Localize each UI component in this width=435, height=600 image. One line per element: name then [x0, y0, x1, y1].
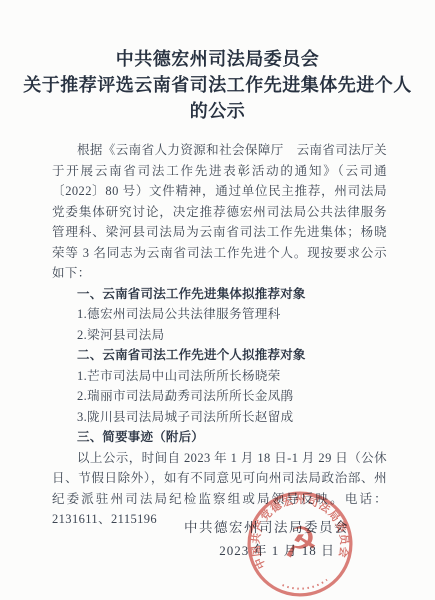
document-title: 中共德宏州司法局委员会 关于推荐评选云南省司法工作先进集体先进个人 的公示 — [0, 0, 435, 124]
list-item: 2.瑞丽市司法局勐秀司法所所长金凤鹃 — [52, 386, 387, 407]
section-1-heading: 一、云南省司法工作先进集体拟推荐对象 — [52, 284, 387, 305]
title-line: 中共德宏州司法局委员会 — [0, 46, 435, 72]
list-item: 3.陇川县司法局城子司法所所长赵留成 — [52, 407, 387, 428]
list-item: 1.芒市司法局中山司法所所长杨晓荣 — [52, 366, 387, 387]
title-line: 关于推荐评选云南省司法工作先进集体先进个人 — [0, 72, 435, 98]
seal-bottom-dots — [282, 580, 327, 591]
list-item: 2.梁河县司法局 — [52, 325, 387, 346]
title-line: 的公示 — [0, 98, 435, 124]
document-body: 根据《云南省人力资源和社会保障厅 云南省司法厅关于开展云南省司法工作先进表彰活动… — [52, 140, 387, 530]
list-item: 1.德宏州司法局公共法律服务管理科 — [52, 304, 387, 325]
section-2-heading: 二、云南省司法工作先进个人拟推荐对象 — [52, 345, 387, 366]
signature-org: 中共德宏州司法局委员会 — [0, 516, 435, 536]
document-page: 中共德宏州司法局委员会 关于推荐评选云南省司法工作先进集体先进个人 的公示 根据… — [0, 0, 435, 600]
signature-date: 2023 年 1 月 18 日 — [0, 540, 435, 559]
intro-paragraph: 根据《云南省人力资源和社会保障厅 云南省司法厅关于开展云南省司法工作先进表彰活动… — [52, 140, 387, 284]
section-3-heading: 三、简要事迹（附后） — [52, 427, 387, 448]
